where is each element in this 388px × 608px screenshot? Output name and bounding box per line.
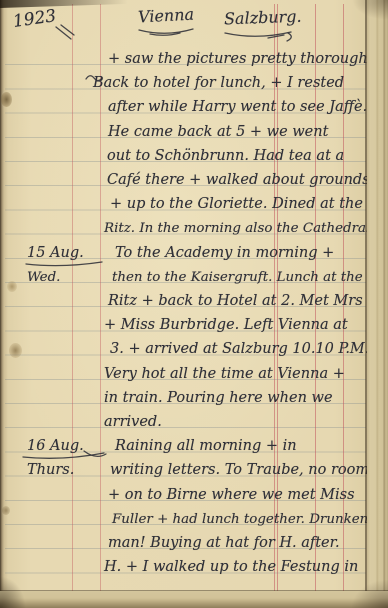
paper-blemish xyxy=(2,506,10,515)
diary-line: Café there + walked about grounds xyxy=(0,168,388,190)
line-text: Very hot all the time at Vienna + xyxy=(104,366,345,382)
salzburg-underline-hook xyxy=(287,33,291,41)
diary-line: Back to hotel for lunch, + I rested xyxy=(0,71,388,93)
line-text: Back to hotel for lunch, + I rested xyxy=(93,75,344,91)
line-text: + on to Birne where we met Miss xyxy=(108,487,355,503)
line-text: He came back at 5 + we went xyxy=(108,124,328,140)
diary-line: Ritz + back to Hotel at 2. Met Mrs xyxy=(0,289,388,311)
diary-line: + on to Birne where we met Miss xyxy=(0,483,388,505)
paper-blemish xyxy=(9,343,22,358)
line-text: + Miss Burbridge. Left Vienna at xyxy=(104,317,348,333)
diary-line: 3. + arrived at Salzburg 10.10 P.M. xyxy=(0,337,388,359)
diary-line: + Miss Burbridge. Left Vienna at xyxy=(0,313,388,335)
diary-entry-15aug: 15 Aug.To the Academy in morning + xyxy=(0,241,388,263)
diary-line: + saw the pictures pretty thoroughly. xyxy=(0,47,388,69)
vienna-underline xyxy=(139,29,193,33)
line-text: + saw the pictures pretty thoroughly. xyxy=(108,51,383,67)
diary-line: man! Buying at hat for H. after. xyxy=(0,531,388,553)
diary-line: arrived. xyxy=(0,410,388,432)
line-text: Ritz. In the morning also the Cathedral. xyxy=(104,221,375,236)
line-text: man! Buying at hat for H. after. xyxy=(108,535,340,551)
diary-entry-16aug: 16 Aug.Raining all morning + in xyxy=(0,434,388,456)
line-text: Fuller + had lunch together. Drunken xyxy=(112,512,368,527)
entry-day: Thurs. xyxy=(27,462,74,478)
line-text: arrived. xyxy=(104,414,162,430)
salzburg-underline xyxy=(225,32,291,36)
bottom-left-shadow xyxy=(0,576,26,608)
top-right-shadow xyxy=(352,0,388,20)
diary-line: in train. Pouring here when we xyxy=(0,386,388,408)
diary-line: He came back at 5 + we went xyxy=(0,120,388,142)
diary-line: H. + I walked up to the Festung in xyxy=(0,555,388,577)
diary-page: 1923 Vienna Salzburg. + saw the pictures… xyxy=(0,0,388,608)
bottom-right-shadow xyxy=(352,580,388,608)
diary-line: Ritz. In the morning also the Cathedral. xyxy=(0,216,388,238)
diary-line: + up to the Gloriette. Dined at the xyxy=(0,192,388,214)
top-left-shadow xyxy=(0,0,150,8)
line-text: Raining all morning + in xyxy=(115,438,297,454)
salzburg-underline-2 xyxy=(268,35,284,38)
line-text: after while Harry went to see Jaffè. xyxy=(108,99,367,115)
diary-line: out to Schönbrunn. Had tea at a xyxy=(0,144,388,166)
diary-line: Thurs.writing letters. To Traube, no roo… xyxy=(0,458,388,480)
paper-blemish xyxy=(7,281,17,292)
entry-day: Wed. xyxy=(27,270,60,285)
diary-line: Wed.then to the Kaisergruft. Lunch at th… xyxy=(0,265,388,287)
page-title-salzburg: Salzburg. xyxy=(224,7,302,29)
page-title-vienna: Vienna xyxy=(138,5,195,27)
paper-blemish xyxy=(1,92,12,107)
diary-line: after while Harry went to see Jaffè. xyxy=(0,95,388,117)
vienna-underline-2 xyxy=(150,33,180,35)
line-text: To the Academy in morning + xyxy=(115,245,334,261)
line-text: Café there + walked about grounds xyxy=(107,172,370,188)
line-text: in train. Pouring here when we xyxy=(104,390,333,406)
entry-date: 16 Aug. xyxy=(27,438,84,454)
line-text: then to the Kaisergruft. Lunch at the xyxy=(112,270,363,285)
page-stack-bottom-edge xyxy=(0,590,388,608)
line-text: H. + I walked up to the Festung in xyxy=(104,559,358,575)
line-text: + up to the Gloriette. Dined at the xyxy=(110,196,363,212)
line-text: out to Schönbrunn. Had tea at a xyxy=(107,148,344,164)
line-text: Ritz + back to Hotel at 2. Met Mrs xyxy=(108,293,363,309)
entry-date: 15 Aug. xyxy=(27,245,84,261)
year-label: 1923 xyxy=(12,6,58,32)
diary-line: Very hot all the time at Vienna + xyxy=(0,362,388,384)
year-flourish xyxy=(56,27,71,39)
line-text: 3. + arrived at Salzburg 10.10 P.M. xyxy=(110,341,369,357)
diary-line: Fuller + had lunch together. Drunken xyxy=(0,507,388,529)
page-stack-right-edge xyxy=(365,0,388,608)
line-text: writing letters. To Traube, no room, xyxy=(110,462,374,478)
